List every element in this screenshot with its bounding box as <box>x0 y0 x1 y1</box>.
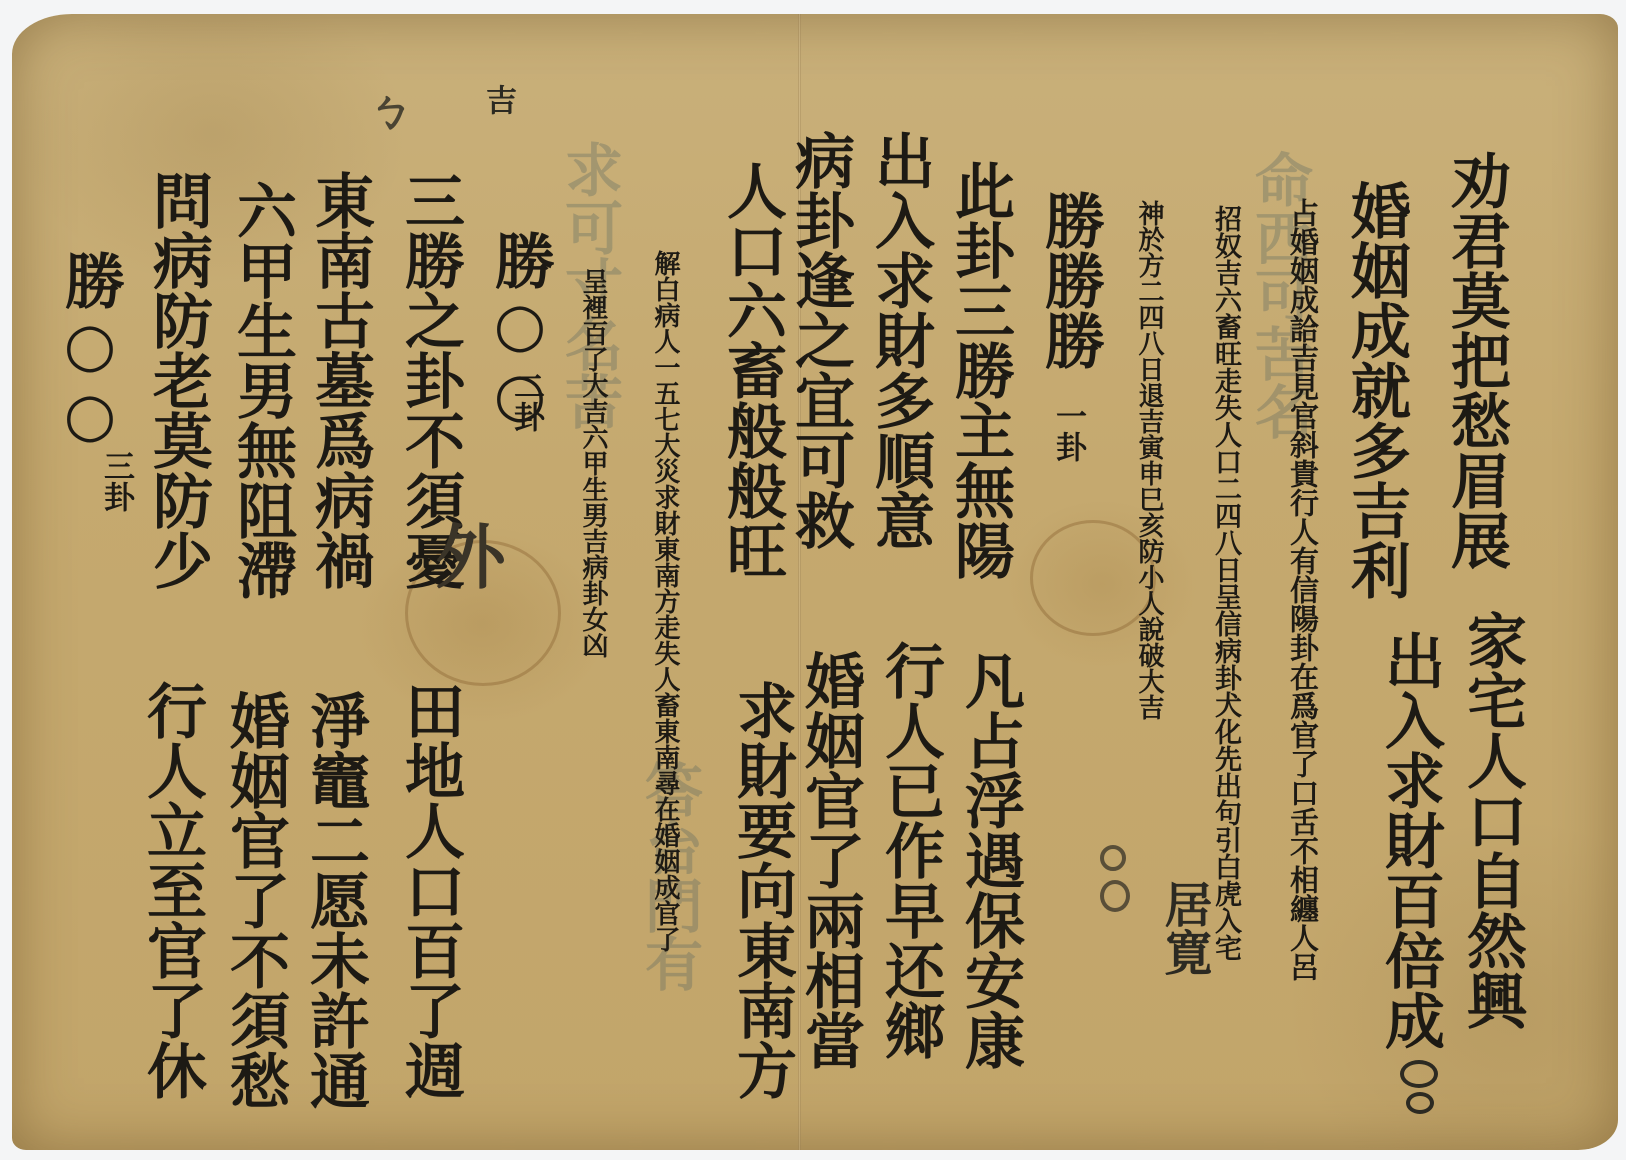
verse-column-9: 凡占浮遇保安康 <box>960 650 1020 1070</box>
verse-column-1: 劝君莫把愁眉展 <box>1446 150 1506 570</box>
hexagram-label-3: 三卦 <box>100 450 131 512</box>
verse-column-3: 此卦三勝主無陽 <box>950 160 1010 580</box>
verse-column-17: 田地人口百了週 <box>400 680 460 1100</box>
verse-column-8: 出入求財百倍成 <box>1380 630 1440 1050</box>
signature-mark: 居寛 <box>1160 880 1208 976</box>
circle-mark <box>1100 845 1126 871</box>
stamp-mark: 外 <box>430 520 500 590</box>
note-column-4: 解白病人一五七大災求財東南方走失人畜東南尋在婚姻成官了 <box>652 250 678 952</box>
circle-mark <box>1100 880 1130 912</box>
verse-column-19: 婚姻官了不須愁 <box>225 690 285 1110</box>
note-column-1: 占婚姻成詥吉見官斜貴行人有信陽卦在爲官了口舌不相纏人呂 <box>1288 198 1317 981</box>
verse-column-10: 行人已作早还鄉 <box>880 640 940 1060</box>
verse-column-14: 東南古墓爲病禍 <box>310 170 370 590</box>
verse-column-4: 出入求財多順意 <box>870 130 930 550</box>
hook-mark: ㄅ <box>364 86 410 132</box>
verse-column-2: 婚姻成就多吉利 <box>1346 180 1406 600</box>
hexagram-title-1: 勝勝勝 <box>1040 190 1100 370</box>
small-mark: 吉 <box>482 84 513 115</box>
verse-column-15: 六甲生男無阻滯 <box>232 180 292 600</box>
note-column-5: 呈裡百了大吉六甲生男吉病卦女凶 <box>580 268 606 658</box>
circle-mark <box>1400 1060 1438 1088</box>
note-column-2: 招奴吉六畜旺走失人口二四八日呈信病卦犬化先出句引白虎入宅 <box>1212 205 1239 961</box>
note-column-3: 神於方二四八日退吉寅申巳亥防小人說破大吉 <box>1136 200 1162 720</box>
hexagram-label-2: 二卦 <box>510 370 541 432</box>
verse-column-20: 行人立至官了休 <box>142 680 202 1100</box>
verse-column-11: 婚姻官了兩相當 <box>800 650 860 1070</box>
circle-mark <box>1406 1092 1434 1114</box>
verse-column-7: 家宅人口自然興 <box>1462 610 1522 1030</box>
hexagram-label-1: 一卦 <box>1052 400 1083 462</box>
hexagram-title-3: 勝○○ <box>60 250 120 450</box>
verse-column-5: 病卦逢之宜可救 <box>790 130 850 550</box>
verse-column-12: 求財要向東南方 <box>732 680 792 1100</box>
verse-column-18: 淨竈二愿未許通 <box>305 690 365 1110</box>
verse-column-6: 人口六畜般般旺 <box>722 160 782 580</box>
verse-column-16: 問病防老莫防少 <box>148 170 208 590</box>
